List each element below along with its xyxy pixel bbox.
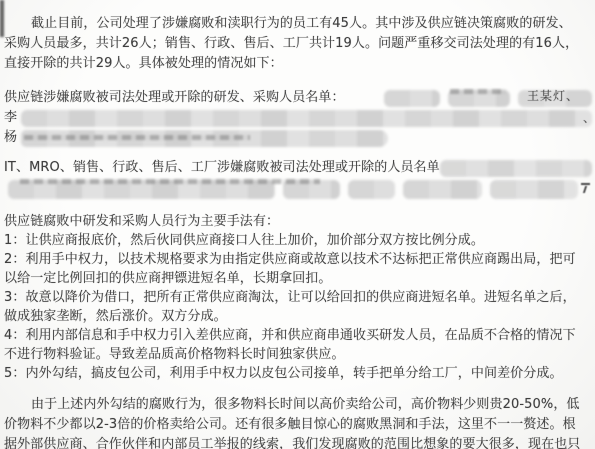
paragraph-methods: 供应链腐败中研发和采购人员行为主要手法有： 1：让供应商报底价，然后伙同供应商接… bbox=[0, 212, 595, 383]
redaction-block bbox=[21, 110, 592, 127]
method-item-line: 2：利用手中权力，以技术规格要求为由指定供应商或故意以技术不达标把正常供应商踢出… bbox=[0, 250, 595, 269]
redaction-block bbox=[440, 160, 592, 177]
text-line: 据外部供应商、合作伙伴和内部员工举报的线索，我们发现腐败的范围比想象的要大很多，… bbox=[0, 435, 595, 449]
text-line: 截止目前，公司处理了涉嫌腐败和渎职行为的员工有45人。其中涉及供应链决策腐败的研… bbox=[0, 14, 595, 34]
method-item-line: 5：内外勾结，搞皮包公司，利用手中权力以皮包公司接单，转手把单分给工厂，中间差价… bbox=[0, 364, 595, 383]
method-item-line: 以给一定比例回扣的供应商押镖进短名单，长期拿回扣。 bbox=[0, 269, 595, 288]
namelist2-heading: IT、MRO、销售、行政、售后、工厂涉嫌腐败被司法处理或开除的人员名单 bbox=[4, 160, 440, 175]
namelist-other-departments: IT、MRO、销售、行政、售后、工厂涉嫌腐败被司法处理或开除的人员名单 bbox=[0, 158, 595, 202]
method-item-line: 4：利用内部信息和手中权力引入差供应商，并和供应商串通收买研发人员，在品质不合格… bbox=[0, 326, 595, 345]
redaction-block bbox=[403, 180, 482, 199]
name-prefix: 李 bbox=[4, 110, 17, 125]
photo-edge-artifact bbox=[0, 0, 4, 37]
paragraph-conclusion: 由于上述内外勾结的腐败行为，很多物料长时间以高价卖给公司，高价物料少则贵20-5… bbox=[0, 395, 595, 449]
redaction-block bbox=[490, 180, 578, 199]
text-line: 采购人员最多，共计26人；销售、行政、售后、工厂共计19人。问题严重移交司法处理… bbox=[0, 34, 595, 54]
trailing-punctuation-fragment: 、 bbox=[583, 108, 595, 128]
ghost-text-smudge bbox=[450, 89, 506, 94]
method-item-line: 3：故意以降价为借口，把所有正常供应商淘汰，让可以给回扣的供应商进短名单。进短名… bbox=[0, 288, 595, 307]
text-line: 直接开除的共计29人。具体被处理的情况如下： bbox=[0, 54, 595, 74]
name-prefix: 杨 bbox=[4, 130, 17, 145]
visible-name-fragment: 王某灯、 bbox=[527, 86, 579, 106]
namelist1-heading: 供应链涉嫌腐败被司法处理或开除的研发、采购人员名单： bbox=[4, 90, 345, 105]
method-item-line: 1：让供应商报底价，然后伙同供应商接口人往上加价，加价部分双方按比例分成。 bbox=[0, 231, 595, 250]
redacted-names-line: 杨 bbox=[0, 128, 595, 148]
namelist-supply-chain: 供应链涉嫌腐败被司法处理或开除的研发、采购人员名单： 王某灯、 李 、 杨 bbox=[0, 88, 595, 148]
redacted-names-line: 李 、 bbox=[0, 108, 595, 128]
namelist-heading-line: IT、MRO、销售、行政、售后、工厂涉嫌腐败被司法处理或开除的人员名单 bbox=[0, 158, 595, 178]
redaction-block bbox=[384, 90, 440, 107]
ghost-text-smudge bbox=[20, 179, 320, 184]
paragraph-summary: 截止目前，公司处理了涉嫌腐败和渎职行为的员工有45人。其中涉及供应链决策腐败的研… bbox=[0, 0, 595, 74]
ghost-text-smudge bbox=[24, 135, 250, 140]
redacted-names-line bbox=[0, 178, 595, 202]
method-item-line: 做成独家垄断，然后涨价。双方分成。 bbox=[0, 307, 595, 326]
text-line: 价物料不少都以2-3倍的价格卖给公司。还有很多触目惊心的腐败黑洞和手法，这里不一… bbox=[0, 415, 595, 435]
redaction-block bbox=[348, 180, 395, 199]
document-page: 截止目前，公司处理了涉嫌腐败和渎职行为的员工有45人。其中涉及供应链决策腐败的研… bbox=[0, 0, 595, 449]
method-item-line: 不进行物料验证。导致差品质高价格物料长时间独家供应。 bbox=[0, 345, 595, 364]
namelist-heading-line: 供应链涉嫌腐败被司法处理或开除的研发、采购人员名单： 王某灯、 bbox=[0, 88, 595, 108]
methods-intro: 供应链腐败中研发和采购人员行为主要手法有： bbox=[0, 212, 595, 231]
partial-character-smudge bbox=[581, 182, 590, 193]
text-line: 由于上述内外勾结的腐败行为，很多物料长时间以高价卖给公司，高价物料少则贵20-5… bbox=[0, 395, 595, 415]
